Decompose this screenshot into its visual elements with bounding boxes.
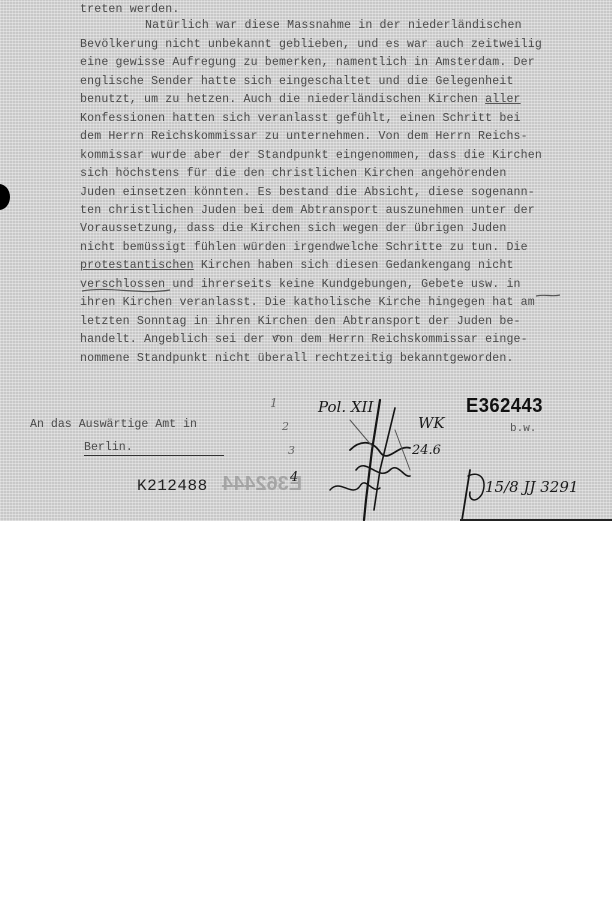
document-page: treten werden.Natürlich war diese Massna… bbox=[0, 0, 612, 521]
handwritten-signature bbox=[0, 0, 612, 521]
page-edge-line bbox=[460, 519, 612, 521]
